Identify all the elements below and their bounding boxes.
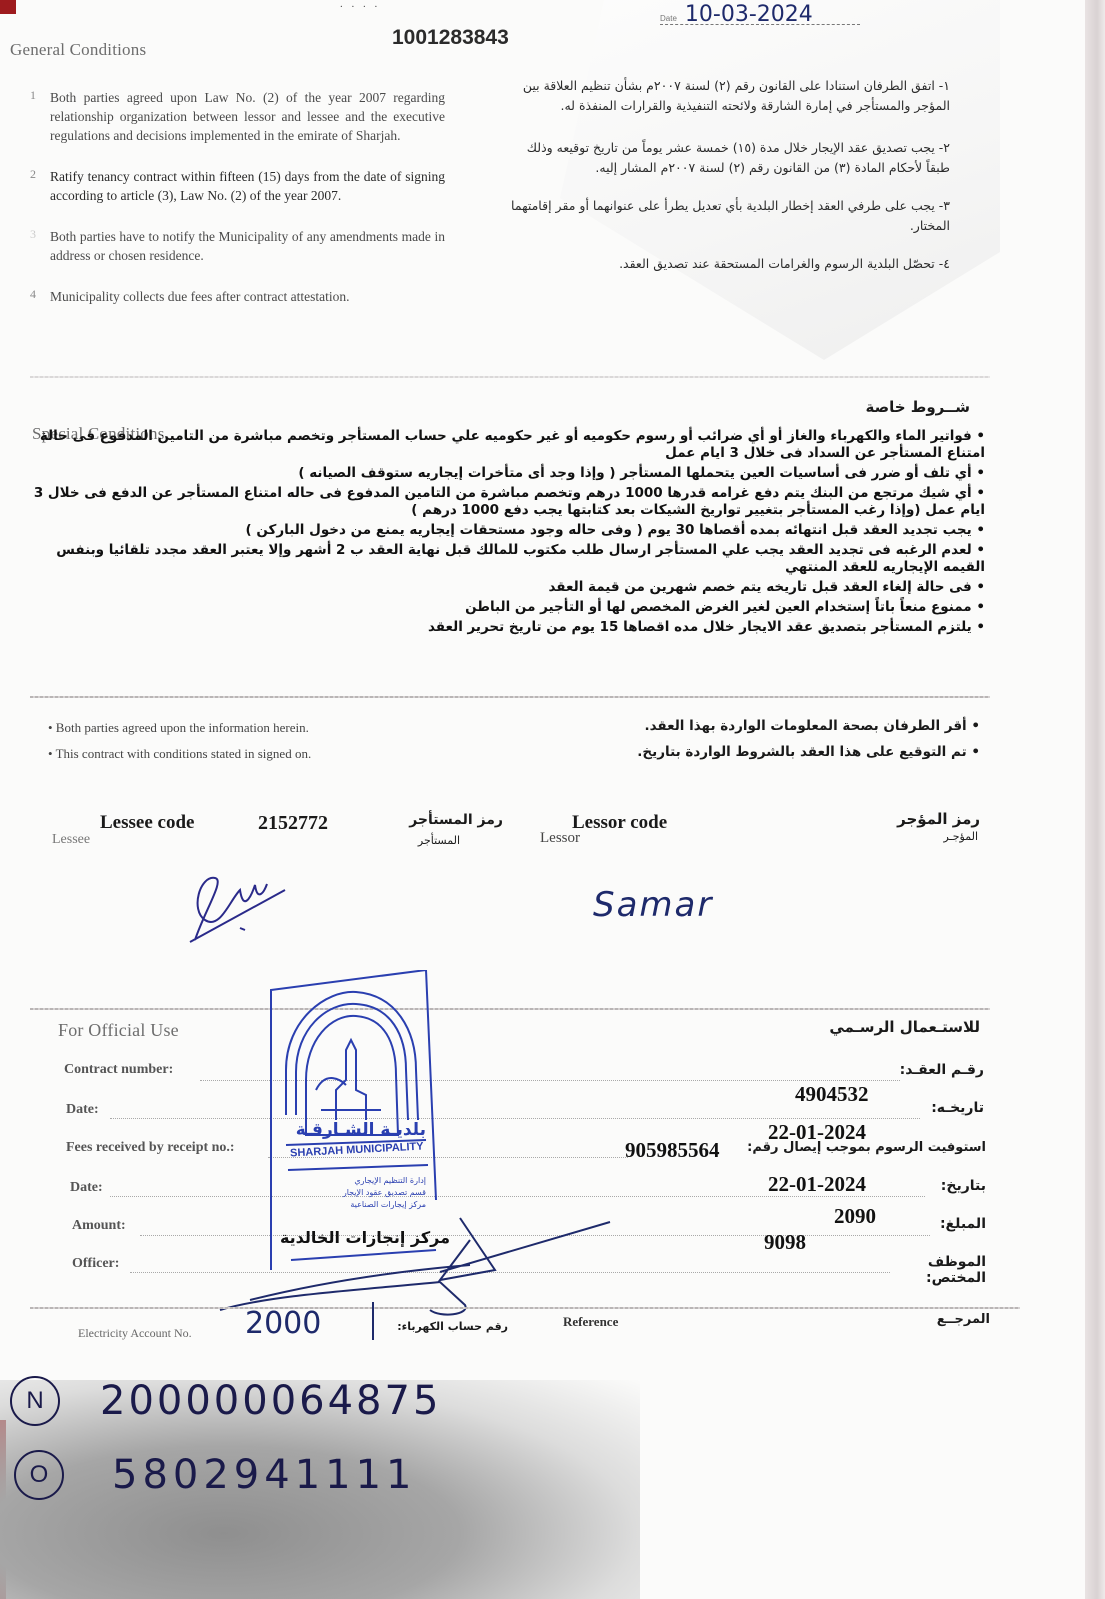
- official-use-title: For Official Use: [58, 1020, 179, 1041]
- lessee-label-ar: المستأجر: [400, 834, 460, 847]
- date-label: Date: [660, 14, 677, 23]
- condition-item: 3 Both parties have to notify the Munici…: [30, 227, 445, 265]
- condition-item-ar: ٣- يجب على طرفي العقد إخطار البلدية بأي …: [500, 196, 950, 236]
- amount-value: 2090: [834, 1204, 876, 1229]
- handwritten-stroke: [372, 1302, 374, 1340]
- general-conditions-title: General Conditions: [10, 40, 146, 60]
- condition-item-ar: ١- اتفق الطرفان استنادا على القانون رقم …: [500, 76, 950, 116]
- circled-letter-icon: O: [14, 1450, 64, 1500]
- contract-number-value: 4904532: [795, 1082, 869, 1107]
- lessor-signature: Samar: [593, 885, 713, 925]
- agreement-ar-1: • أقر الطرفان بصحة المعلومات الواردة بهذ…: [560, 718, 980, 734]
- officer-value: 9098: [764, 1230, 806, 1255]
- date-handwritten-value: 10-03-2024: [685, 2, 813, 27]
- electricity-account-handwritten: 2000: [245, 1306, 321, 1341]
- handwritten-note-n: N 200000064875: [10, 1376, 441, 1426]
- agreement-en-1: • Both parties agreed upon the informati…: [48, 720, 309, 736]
- condition-item: 1 Both parties agreed upon Law No. (2) o…: [30, 88, 445, 145]
- lessor-code-label-ar: رمز المؤجر: [880, 810, 980, 828]
- circled-letter-icon: N: [10, 1376, 60, 1426]
- electricity-account-label-ar: رقم حساب الكهرباء:: [378, 1320, 508, 1333]
- condition-item-ar: ٤- تحصّل البلدية الرسوم والغرامات المستح…: [500, 254, 950, 274]
- condition-item-ar: ٢- يجب تصديق عقد الإيجار خلال مدة (١٥) خ…: [500, 138, 950, 178]
- divider: [30, 1307, 1020, 1309]
- special-condition-item: • فواتير الماء والكهرباء والغاز أو أي ضر…: [20, 428, 985, 462]
- contract-page: . . . . 1001283843 Date 10-03-2024 Gener…: [0, 0, 1090, 1599]
- receipt-number-value: 905985564: [625, 1138, 720, 1163]
- officer-signature: [210, 1210, 620, 1320]
- date-field: Date 10-03-2024: [660, 2, 860, 25]
- condition-item: 4 Municipality collects due fees after c…: [30, 287, 445, 306]
- special-condition-item: • أي تلف أو ضرر فى أساسيات العين يتحملها…: [20, 465, 985, 482]
- lessor-code-label: Lessor code: [572, 812, 667, 834]
- stamp-department: إدارة التنظيم الإيجاري قسم تصديق عقود ال…: [286, 1175, 426, 1211]
- reference-label-ar: المرجــع: [920, 1312, 990, 1327]
- general-conditions-list-ar: ١- اتفق الطرفان استنادا على القانون رقم …: [500, 76, 950, 274]
- paper-edge: [1085, 0, 1105, 1599]
- special-conditions-title-ar: شــروط خاصة: [780, 398, 970, 416]
- lessor-label-ar: المؤجـر: [900, 830, 978, 843]
- special-condition-item: • أي شيك مرتجع من البنك يتم دفع غرامه قد…: [20, 485, 985, 519]
- special-condition-item: • يلتزم المستأجر بتصديق عقد الايجار خلال…: [20, 619, 985, 636]
- lessee-code-label: Lessee code: [100, 812, 194, 834]
- official-use-title-ar: للاستـعمال الرسـمي: [800, 1018, 980, 1036]
- condition-item: 2 Ratify tenancy contract within fifteen…: [30, 167, 445, 205]
- lessee-signature: [185, 870, 305, 950]
- special-conditions-list: • فواتير الماء والكهرباء والغاز أو أي ضر…: [20, 428, 985, 636]
- lessee-code-label-ar: رمز المستأجر: [395, 812, 503, 828]
- handwritten-number: 5802941111: [112, 1452, 417, 1498]
- contract-serial-number: 1001283843: [392, 26, 509, 50]
- lessee-code-value: 2152772: [258, 812, 328, 835]
- reference-label: Reference: [563, 1314, 618, 1330]
- agreement-en-2: • This contract with conditions stated i…: [48, 746, 311, 762]
- lessor-label: Lessor: [540, 830, 580, 847]
- divider: [30, 1008, 990, 1010]
- red-folder-tab: [0, 0, 16, 14]
- agreement-ar-2: • تم التوقيع على هذا العقد بالشروط الوار…: [560, 744, 980, 760]
- electricity-account-label: Electricity Account No.: [78, 1326, 192, 1341]
- handwritten-note-o: O 5802941111: [14, 1450, 417, 1500]
- handwritten-number: 200000064875: [100, 1378, 441, 1424]
- special-condition-item: • فى حالة إلغاء العقد قبل تاريخه يتم خصم…: [20, 579, 985, 596]
- special-condition-item: • يجب تجديد العقد قبل انتهائه بمده أقصاه…: [20, 522, 985, 539]
- special-condition-item: • لعدم الرغبه فى تجديد العقد يجب علي الم…: [20, 542, 985, 576]
- stamp-name-ar: بلديـة الشـارقـة: [286, 1120, 426, 1140]
- receipt-date-value: 22-01-2024: [768, 1172, 866, 1197]
- lessee-label: Lessee: [52, 832, 90, 848]
- general-conditions-list-en: 1 Both parties agreed upon Law No. (2) o…: [30, 88, 445, 306]
- divider: [30, 696, 990, 698]
- special-condition-item: • ممنوع منعاً باتاً إستخدام العين لغير ا…: [20, 599, 985, 616]
- divider: [30, 376, 990, 378]
- top-marks: . . . .: [340, 0, 380, 10]
